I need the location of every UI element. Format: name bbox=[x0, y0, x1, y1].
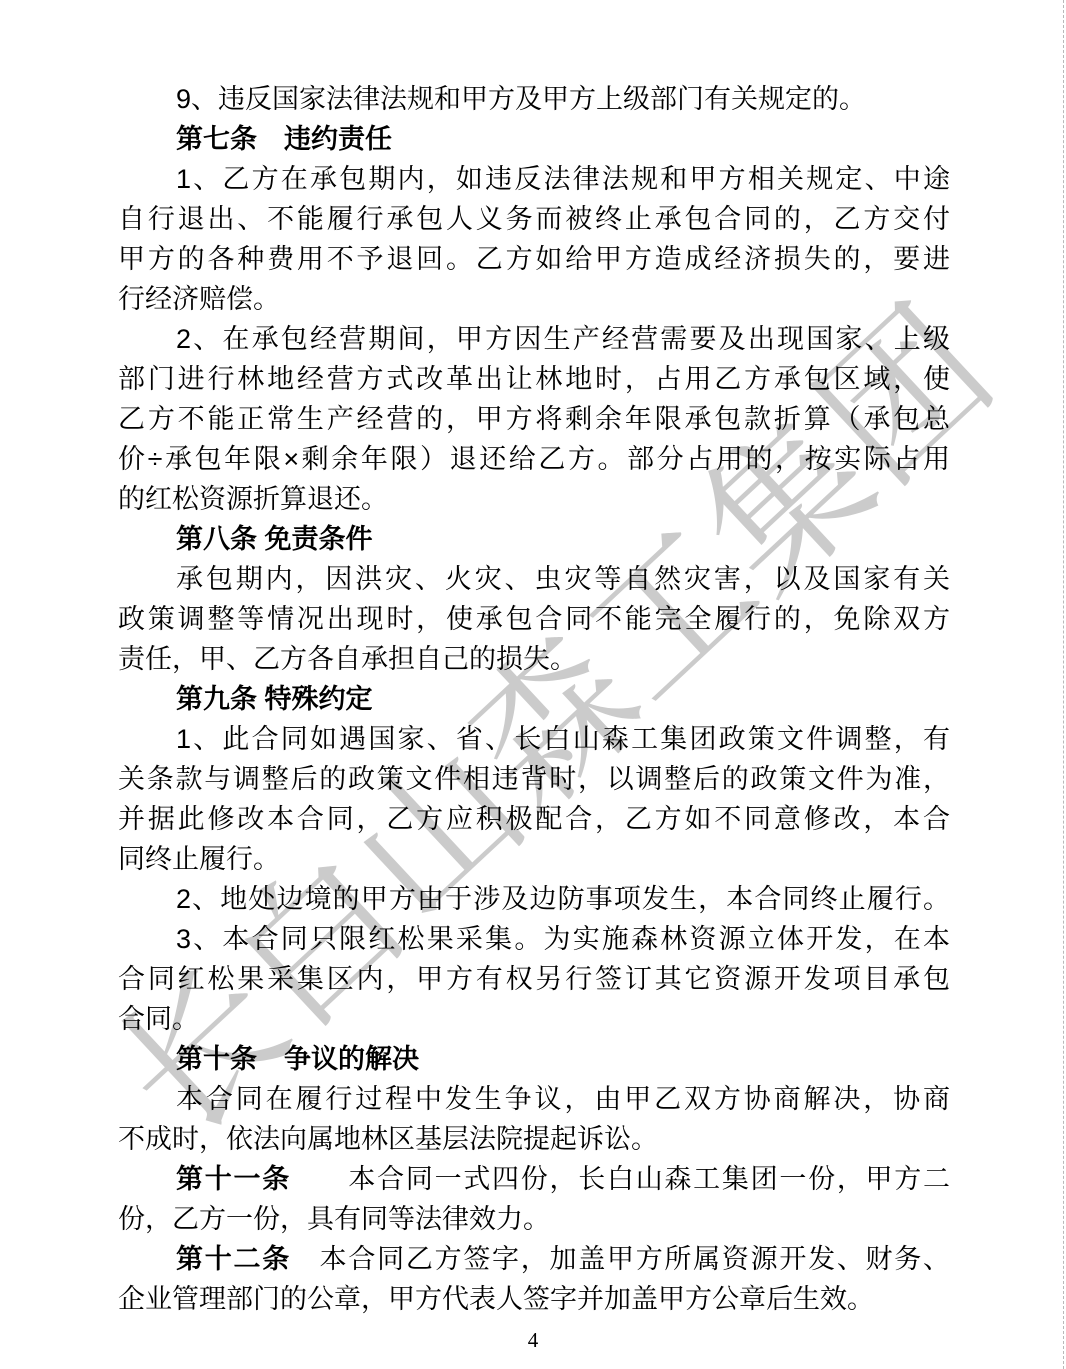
text-run: 并据此修改本合同，乙方应积极配合，乙方如不同意修改，本合 bbox=[118, 804, 950, 834]
text-line: 合同。 bbox=[118, 999, 950, 1039]
text-line: 3、本合同只限红松果采集。为实施森林资源立体开发，在本 bbox=[118, 919, 950, 959]
text-line: 并据此修改本合同，乙方应积极配合，乙方如不同意修改，本合 bbox=[118, 799, 950, 839]
document-body: 9、违反国家法律法规和甲方及甲方上级部门有关规定的。第七条 违约责任1、乙方在承… bbox=[118, 79, 950, 1319]
bold-text-run: 第八条 免责条件 bbox=[176, 524, 373, 554]
text-run: 1、乙方在承包期内，如违反法律法规和甲方相关规定、中途 bbox=[176, 164, 950, 194]
text-run: 关条款与调整后的政策文件相违背时，以调整后的政策文件为准， bbox=[118, 764, 950, 794]
text-run: 自行退出、不能履行承包人义务而被终止承包合同的，乙方交付 bbox=[118, 204, 950, 234]
text-line: 企业管理部门的公章，甲方代表人签字并加盖甲方公章后生效。 bbox=[118, 1279, 950, 1319]
text-line: 责任，甲、乙方各自承担自己的损失。 bbox=[118, 639, 950, 679]
text-run: 政策调整等情况出现时，使承包合同不能完全履行的，免除双方 bbox=[118, 604, 950, 634]
text-line: 的红松资源折算退还。 bbox=[118, 479, 950, 519]
page-edge-guide bbox=[1063, 0, 1064, 1369]
bold-text-run: 第十条 争议的解决 bbox=[176, 1044, 419, 1074]
text-line: 2、在承包经营期间，甲方因生产经营需要及出现国家、上级 bbox=[118, 319, 950, 359]
text-run: 合同。 bbox=[118, 1004, 199, 1034]
text-run: 9、违反国家法律法规和甲方及甲方上级部门有关规定的。 bbox=[176, 84, 866, 114]
section-heading: 第七条 违约责任 bbox=[118, 119, 950, 159]
text-line: 合同红松果采集区内，甲方有权另行签订其它资源开发项目承包 bbox=[118, 959, 950, 999]
text-line: 部门进行林地经营方式改革出让林地时，占用乙方承包区域，使 bbox=[118, 359, 950, 399]
text-line: 第十二条 本合同乙方签字，加盖甲方所属资源开发、财务、 bbox=[118, 1239, 950, 1279]
text-run: 3、本合同只限红松果采集。为实施森林资源立体开发，在本 bbox=[176, 924, 950, 954]
text-line: 承包期内，因洪灾、火灾、虫灾等自然灾害，以及国家有关 bbox=[118, 559, 950, 599]
text-line: 份，乙方一份，具有同等法律效力。 bbox=[118, 1199, 950, 1239]
text-run: 不成时，依法向属地林区基层法院提起诉讼。 bbox=[118, 1124, 658, 1154]
text-line: 价÷承包年限×剩余年限）退还给乙方。部分占用的，按实际占用 bbox=[118, 439, 950, 479]
bold-text-run: 第十一条 bbox=[176, 1164, 291, 1194]
text-run: 行经济赔偿。 bbox=[118, 284, 280, 314]
text-line: 不成时，依法向属地林区基层法院提起诉讼。 bbox=[118, 1119, 950, 1159]
text-run: 本合同在履行过程中发生争议，由甲乙双方协商解决，协商 bbox=[176, 1084, 950, 1114]
page-number: 4 bbox=[0, 1328, 1066, 1353]
text-run: 本合同乙方签字，加盖甲方所属资源开发、财务、 bbox=[291, 1244, 950, 1274]
text-line: 同终止履行。 bbox=[118, 839, 950, 879]
text-run: 1、此合同如遇国家、省、长白山森工集团政策文件调整，有 bbox=[176, 724, 950, 754]
text-run: 的红松资源折算退还。 bbox=[118, 484, 388, 514]
text-run: 甲方的各种费用不予退回。乙方如给甲方造成经济损失的，要进 bbox=[118, 244, 950, 274]
text-line: 甲方的各种费用不予退回。乙方如给甲方造成经济损失的，要进 bbox=[118, 239, 950, 279]
text-line: 本合同在履行过程中发生争议，由甲乙双方协商解决，协商 bbox=[118, 1079, 950, 1119]
text-run: 2、在承包经营期间，甲方因生产经营需要及出现国家、上级 bbox=[176, 324, 950, 354]
text-run: 企业管理部门的公章，甲方代表人签字并加盖甲方公章后生效。 bbox=[118, 1284, 874, 1314]
bold-text-run: 第十二条 bbox=[176, 1244, 291, 1274]
document-page: 长白山森工集团 9、违反国家法律法规和甲方及甲方上级部门有关规定的。第七条 违约… bbox=[0, 0, 1066, 1369]
text-line: 自行退出、不能履行承包人义务而被终止承包合同的，乙方交付 bbox=[118, 199, 950, 239]
text-run: 部门进行林地经营方式改革出让林地时，占用乙方承包区域，使 bbox=[118, 364, 950, 394]
text-run: 同终止履行。 bbox=[118, 844, 280, 874]
text-line: 关条款与调整后的政策文件相违背时，以调整后的政策文件为准， bbox=[118, 759, 950, 799]
text-run: 责任，甲、乙方各自承担自己的损失。 bbox=[118, 644, 577, 674]
text-line: 9、违反国家法律法规和甲方及甲方上级部门有关规定的。 bbox=[118, 79, 950, 119]
text-run: 本合同一式四份，长白山森工集团一份，甲方二 bbox=[291, 1164, 950, 1194]
bold-text-run: 第七条 违约责任 bbox=[176, 124, 392, 154]
text-line: 2、地处边境的甲方由于涉及边防事项发生，本合同终止履行。 bbox=[118, 879, 950, 919]
text-run: 承包期内，因洪灾、火灾、虫灾等自然灾害，以及国家有关 bbox=[176, 564, 950, 594]
section-heading: 第十条 争议的解决 bbox=[118, 1039, 950, 1079]
section-heading: 第九条 特殊约定 bbox=[118, 679, 950, 719]
text-line: 政策调整等情况出现时，使承包合同不能完全履行的，免除双方 bbox=[118, 599, 950, 639]
text-line: 1、乙方在承包期内，如违反法律法规和甲方相关规定、中途 bbox=[118, 159, 950, 199]
section-heading: 第八条 免责条件 bbox=[118, 519, 950, 559]
text-run: 乙方不能正常生产经营的，甲方将剩余年限承包款折算（承包总 bbox=[118, 404, 950, 434]
text-run: 合同红松果采集区内，甲方有权另行签订其它资源开发项目承包 bbox=[118, 964, 950, 994]
text-run: 2、地处边境的甲方由于涉及边防事项发生，本合同终止履行。 bbox=[176, 884, 950, 914]
text-line: 乙方不能正常生产经营的，甲方将剩余年限承包款折算（承包总 bbox=[118, 399, 950, 439]
text-line: 第十一条 本合同一式四份，长白山森工集团一份，甲方二 bbox=[118, 1159, 950, 1199]
text-line: 行经济赔偿。 bbox=[118, 279, 950, 319]
text-run: 份，乙方一份，具有同等法律效力。 bbox=[118, 1204, 550, 1234]
text-line: 1、此合同如遇国家、省、长白山森工集团政策文件调整，有 bbox=[118, 719, 950, 759]
text-run: 价÷承包年限×剩余年限）退还给乙方。部分占用的，按实际占用 bbox=[118, 444, 950, 474]
bold-text-run: 第九条 特殊约定 bbox=[176, 684, 373, 714]
